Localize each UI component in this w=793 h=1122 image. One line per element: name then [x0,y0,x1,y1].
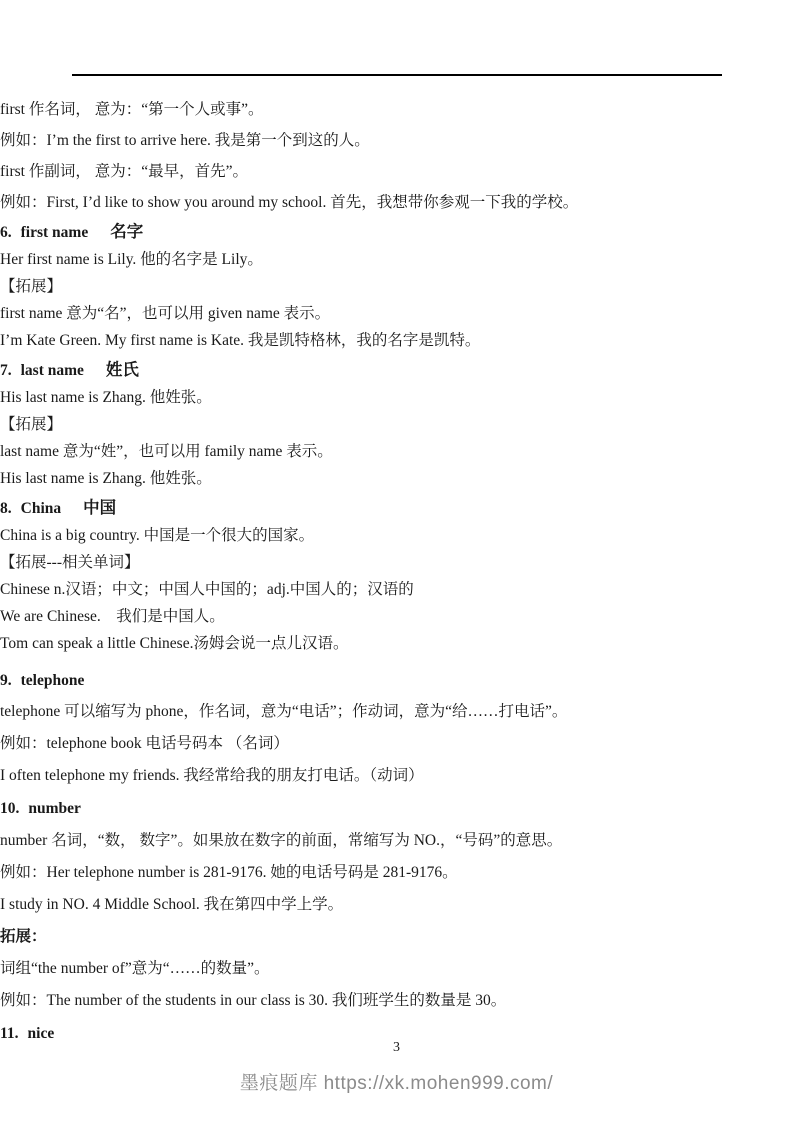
text-line: China is a big country. 中国是一个很大的国家。 [0,526,793,546]
entry-word: China [21,500,62,517]
text-line: last name 意为“姓”，也可以用 family name 表示。 [0,442,793,462]
text-line: 例如：The number of the students in our cla… [0,991,793,1011]
entry-word: last name [21,362,84,379]
text-line: I study in NO. 4 Middle School. 我在第四中学上学… [0,895,793,915]
text-line: first 作副词， 意为：“最早，首先”。 [0,162,793,182]
entry-number: 6. [0,224,12,241]
text-line: I often telephone my friends. 我经常给我的朋友打电… [0,766,793,786]
page-number: 3 [0,1040,793,1056]
entry-number: 7. [0,362,12,379]
entry-translation: 姓氏 [106,360,139,379]
entry-word: first name [21,224,89,241]
entry-heading-telephone: 9.telephone [0,670,793,691]
text-line: 【拓展---相关单词】 [0,553,793,573]
text-line: Her first name is Lily. 他的名字是 Lily。 [0,250,793,270]
text-line: 例如：I’m the first to arrive here. 我是第一个到这… [0,131,793,151]
text-line: His last name is Zhang. 他姓张。 [0,469,793,489]
text-line: We are Chinese. 我们是中国人。 [0,607,793,627]
entry-heading-last-name: 7.last name姓氏 [0,360,793,381]
text-line: first name 意为“名”，也可以用 given name 表示。 [0,304,793,324]
site-footer-link: 墨痕题库 https://xk.mohen999.com/ [0,1068,793,1095]
text-line: I’m Kate Green. My first name is Kate. 我… [0,331,793,351]
text-line: Tom can speak a little Chinese.汤姆会说一点儿汉语… [0,634,793,654]
text-line: 【拓展】 [0,277,793,297]
entry-translation: 名字 [110,222,143,241]
entry-number: 10. [0,800,19,817]
expansion-label: 拓展： [0,927,793,947]
text-line: 例如：telephone book 电话号码本 （名词） [0,734,793,754]
entry-number: 8. [0,500,12,517]
text-line: His last name is Zhang. 他姓张。 [0,388,793,408]
document-page: first 作名词， 意为：“第一个人或事”。 例如：I’m the first… [0,0,793,1122]
text-line: 词组“the number of”意为“……的数量”。 [0,959,793,979]
text-line: Chinese n.汉语；中文；中国人中国的；adj.中国人的；汉语的 [0,580,793,600]
text-line: 例如：Her telephone number is 281-9176. 她的电… [0,863,793,883]
entry-number: 9. [0,672,12,689]
text-line: 例如：First, I’d like to show you around my… [0,193,793,213]
text-line: telephone 可以缩写为 phone，作名词，意为“电话”；作动词，意为“… [0,702,793,722]
header-rule [72,74,722,76]
document-content: first 作名词， 意为：“第一个人或事”。 例如：I’m the first… [0,100,793,1044]
entry-translation: 中国 [83,498,116,517]
text-line: first 作名词， 意为：“第一个人或事”。 [0,100,793,120]
entry-heading-first-name: 6.first name名字 [0,222,793,243]
text-line: number 名词，“数， 数字”。如果放在数字的前面，常缩写为 NO.，“号码… [0,831,793,851]
entry-heading-number: 10.number [0,798,793,819]
entry-heading-china: 8.China中国 [0,498,793,519]
entry-word: telephone [21,672,85,689]
text-line: 【拓展】 [0,415,793,435]
entry-word: number [28,800,81,817]
